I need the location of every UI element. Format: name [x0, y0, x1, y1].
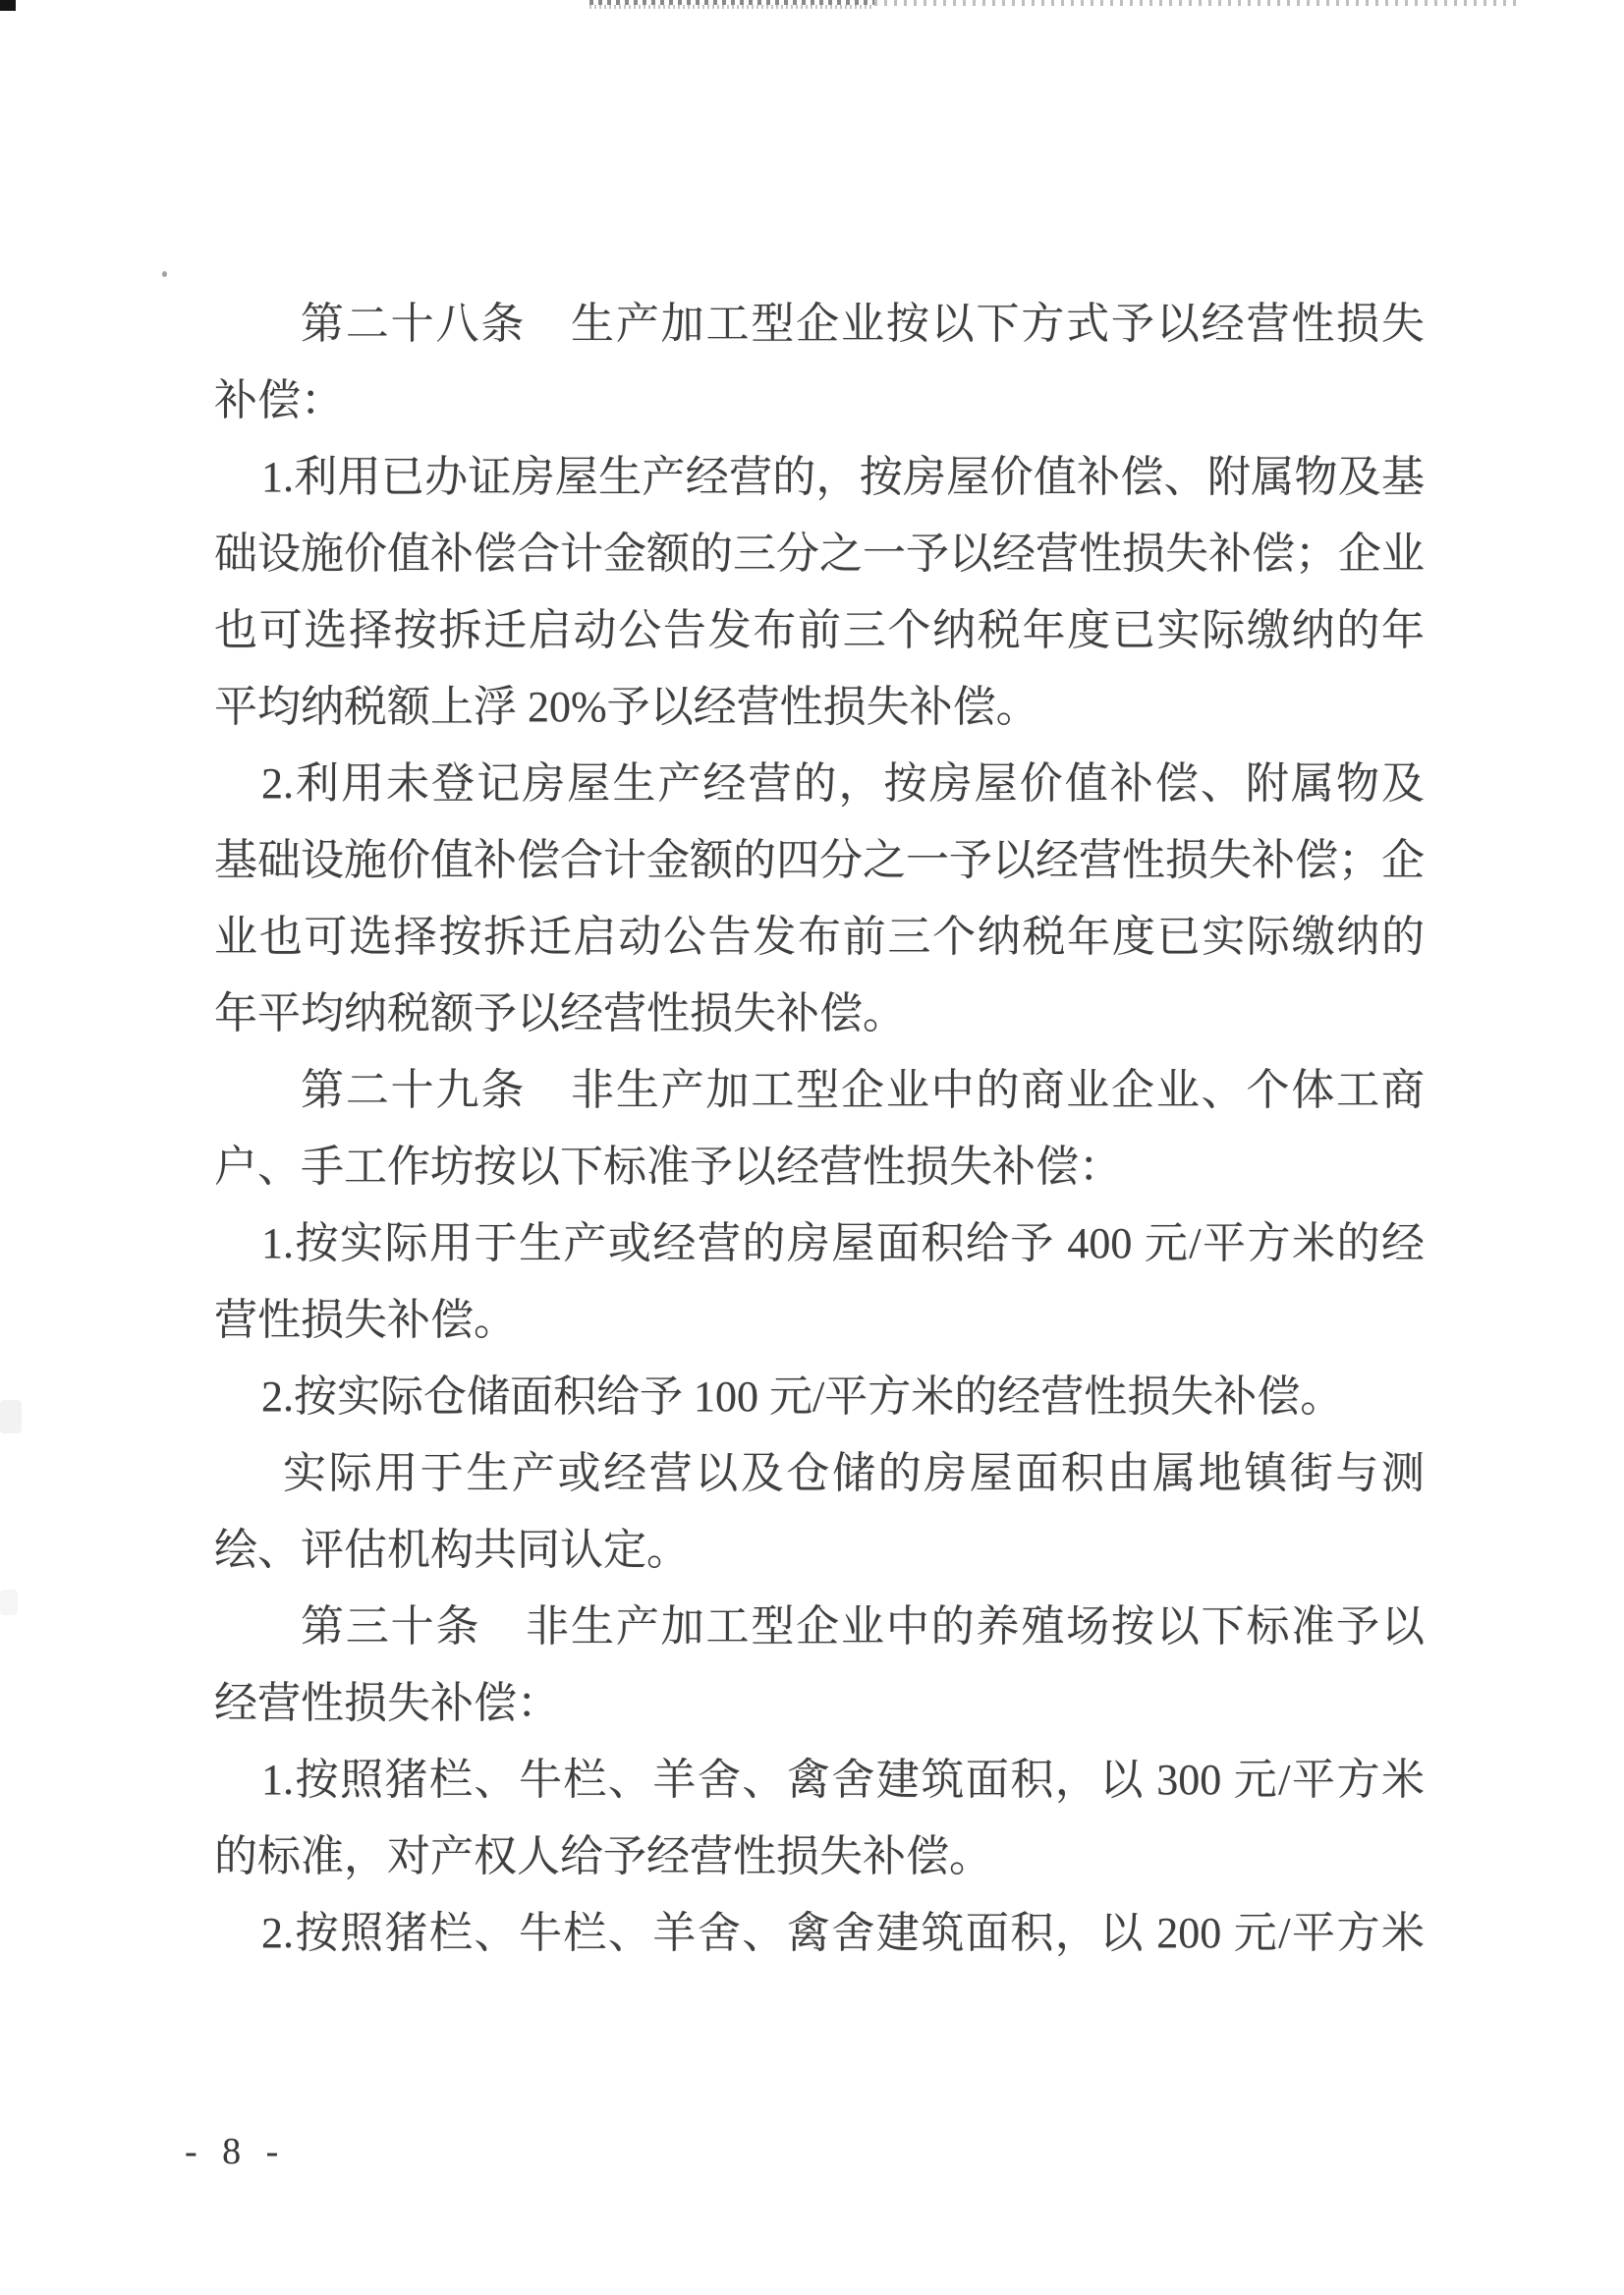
scanned-document-page: { "page_number": "- 8 -", "document": { …	[0, 0, 1624, 2295]
text-line: 绘、评估机构共同认定。	[214, 1512, 1425, 1589]
text-line: 2.按实际仓储面积给予 100 元/平方米的经营性损失补偿。	[214, 1359, 1425, 1435]
text-line: 第二十九条 非生产加工型企业中的商业企业、个体工商	[214, 1052, 1425, 1129]
scan-corner-mark	[0, 0, 16, 11]
text-line: 营性损失补偿。	[214, 1282, 1425, 1359]
text-line: 补偿：	[214, 363, 1425, 439]
text-line: 也可选择按拆迁启动公告发布前三个纳税年度已实际缴纳的年	[214, 592, 1425, 669]
text-line: 2.利用未登记房屋生产经营的，按房屋价值补偿、附属物及	[214, 746, 1425, 822]
text-line: 基础设施价值补偿合计金额的四分之一予以经营性损失补偿；企	[214, 822, 1425, 899]
text-line: 第三十条 非生产加工型企业中的养殖场按以下标准予以	[214, 1589, 1425, 1665]
text-line: 1.利用已办证房屋生产经营的，按房屋价值补偿、附属物及基	[214, 439, 1425, 516]
text-line: 实际用于生产或经营以及仓储的房屋面积由属地镇街与测	[214, 1435, 1425, 1512]
text-line: 2.按照猪栏、牛栏、羊舍、禽舍建筑面积，以 200 元/平方米	[214, 1895, 1425, 1972]
text-line: 年平均纳税额予以经营性损失补偿。	[214, 976, 1425, 1052]
text-line: 础设施价值补偿合计金额的三分之一予以经营性损失补偿；企业	[214, 516, 1425, 592]
scan-stray-dot	[162, 271, 167, 277]
text-line: 户、手工作坊按以下标准予以经营性损失补偿：	[214, 1129, 1425, 1205]
text-line: 业也可选择按拆迁启动公告发布前三个纳税年度已实际缴纳的	[214, 899, 1425, 976]
document-text-block: 第二十八条 生产加工型企业按以下方式予以经营性损失补偿：1.利用已办证房屋生产经…	[214, 286, 1425, 1972]
text-line: 平均纳税额上浮 20%予以经营性损失补偿。	[214, 669, 1425, 746]
page-number: - 8 -	[185, 2130, 286, 2173]
text-line: 的标准，对产权人给予经营性损失补偿。	[214, 1819, 1425, 1895]
text-line: 经营性损失补偿：	[214, 1665, 1425, 1742]
text-line: 1.按实际用于生产或经营的房屋面积给予 400 元/平方米的经	[214, 1205, 1425, 1282]
scan-noise-strip	[589, 0, 874, 9]
scan-noise-strip-light	[874, 0, 1518, 6]
text-line: 1.按照猪栏、牛栏、羊舍、禽舍建筑面积，以 300 元/平方米	[214, 1742, 1425, 1819]
scan-smudge	[0, 1400, 22, 1433]
text-line: 第二十八条 生产加工型企业按以下方式予以经营性损失	[214, 286, 1425, 363]
scan-smudge	[0, 1590, 18, 1615]
